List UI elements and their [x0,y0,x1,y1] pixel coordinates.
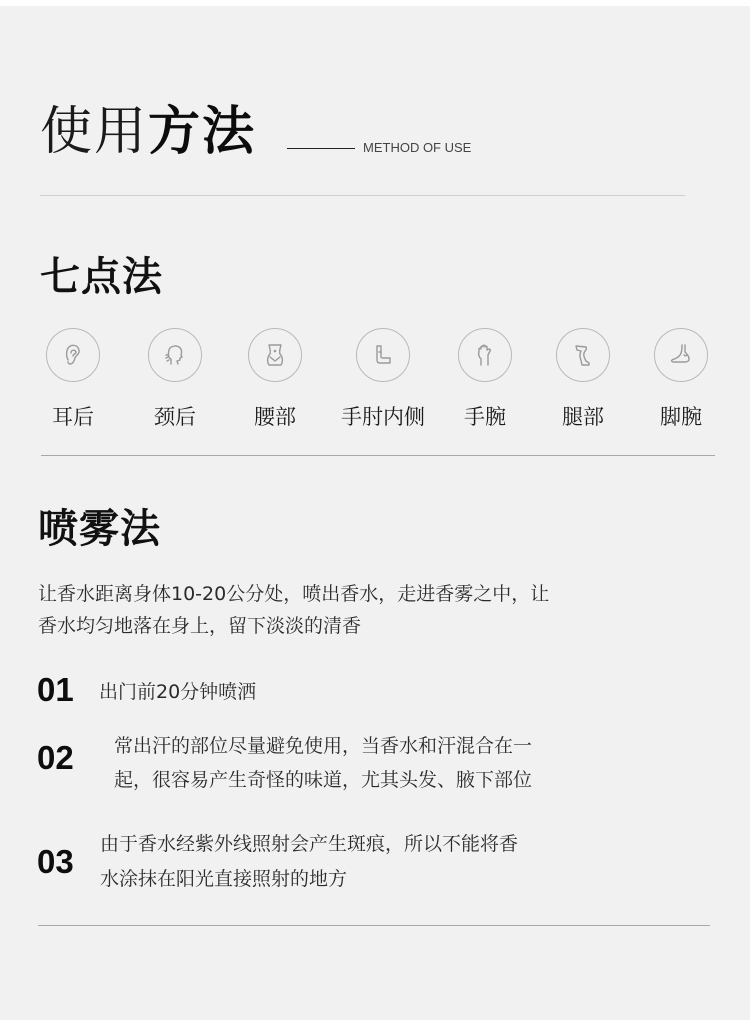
description-line: 香水均匀地落在身上，留下淡淡的清香 [38,610,658,642]
title-accent-rule [287,148,355,149]
page-title-light: 使用 [40,100,148,164]
page-subtitle-en: METHOD OF USE [363,140,471,156]
description-line: 让香水距离身体10-20公分处，喷出香水，走进香雾之中，让 [38,578,658,610]
spray-method-title: 喷雾法 [38,505,161,553]
body-point-ear: 耳后 [18,328,128,430]
body-point-label: 腿部 [528,404,638,430]
step-text-line: 常出汗的部位尽量避免使用，当香水和汗混合在一 [114,728,532,764]
body-point-neck: 颈后 [120,328,230,430]
waist-icon [248,328,302,382]
footer-divider [38,925,710,926]
step-number: 02 [37,740,74,776]
body-point-leg: 腿部 [528,328,638,430]
leg-icon [556,328,610,382]
body-point-label: 手肘内侧 [328,404,438,430]
header-divider [40,195,685,196]
step-text-line: 水涂抹在阳光直接照射的地方 [100,861,347,897]
body-point-waist: 腰部 [220,328,330,430]
neck-icon [148,328,202,382]
step-number: 03 [37,844,74,880]
top-strip [0,0,750,6]
page-title-bold: 方法 [148,100,256,164]
step-text-line: 由于香水经紫外线照射会产生斑痕，所以不能将香 [100,826,518,862]
body-point-elbow: 手肘内侧 [328,328,438,430]
body-point-label: 颈后 [120,404,230,430]
section-divider [41,455,715,456]
step-number: 01 [37,672,74,708]
body-point-label: 耳后 [18,404,128,430]
body-point-label: 脚腕 [626,404,736,430]
seven-point-title: 七点法 [40,253,163,301]
body-point-label: 腰部 [220,404,330,430]
body-point-ankle: 脚腕 [626,328,736,430]
wrist-icon [458,328,512,382]
ankle-icon [654,328,708,382]
spray-method-description: 让香水距离身体10-20公分处，喷出香水，走进香雾之中，让 香水均匀地落在身上，… [38,578,658,642]
step-text-line: 起，很容易产生奇怪的味道，尤其头发、腋下部位 [114,762,532,798]
elbow-icon [356,328,410,382]
body-point-wrist: 手腕 [430,328,540,430]
step-text-line: 出门前20分钟喷洒 [99,674,256,710]
ear-icon [46,328,100,382]
body-point-label: 手腕 [430,404,540,430]
